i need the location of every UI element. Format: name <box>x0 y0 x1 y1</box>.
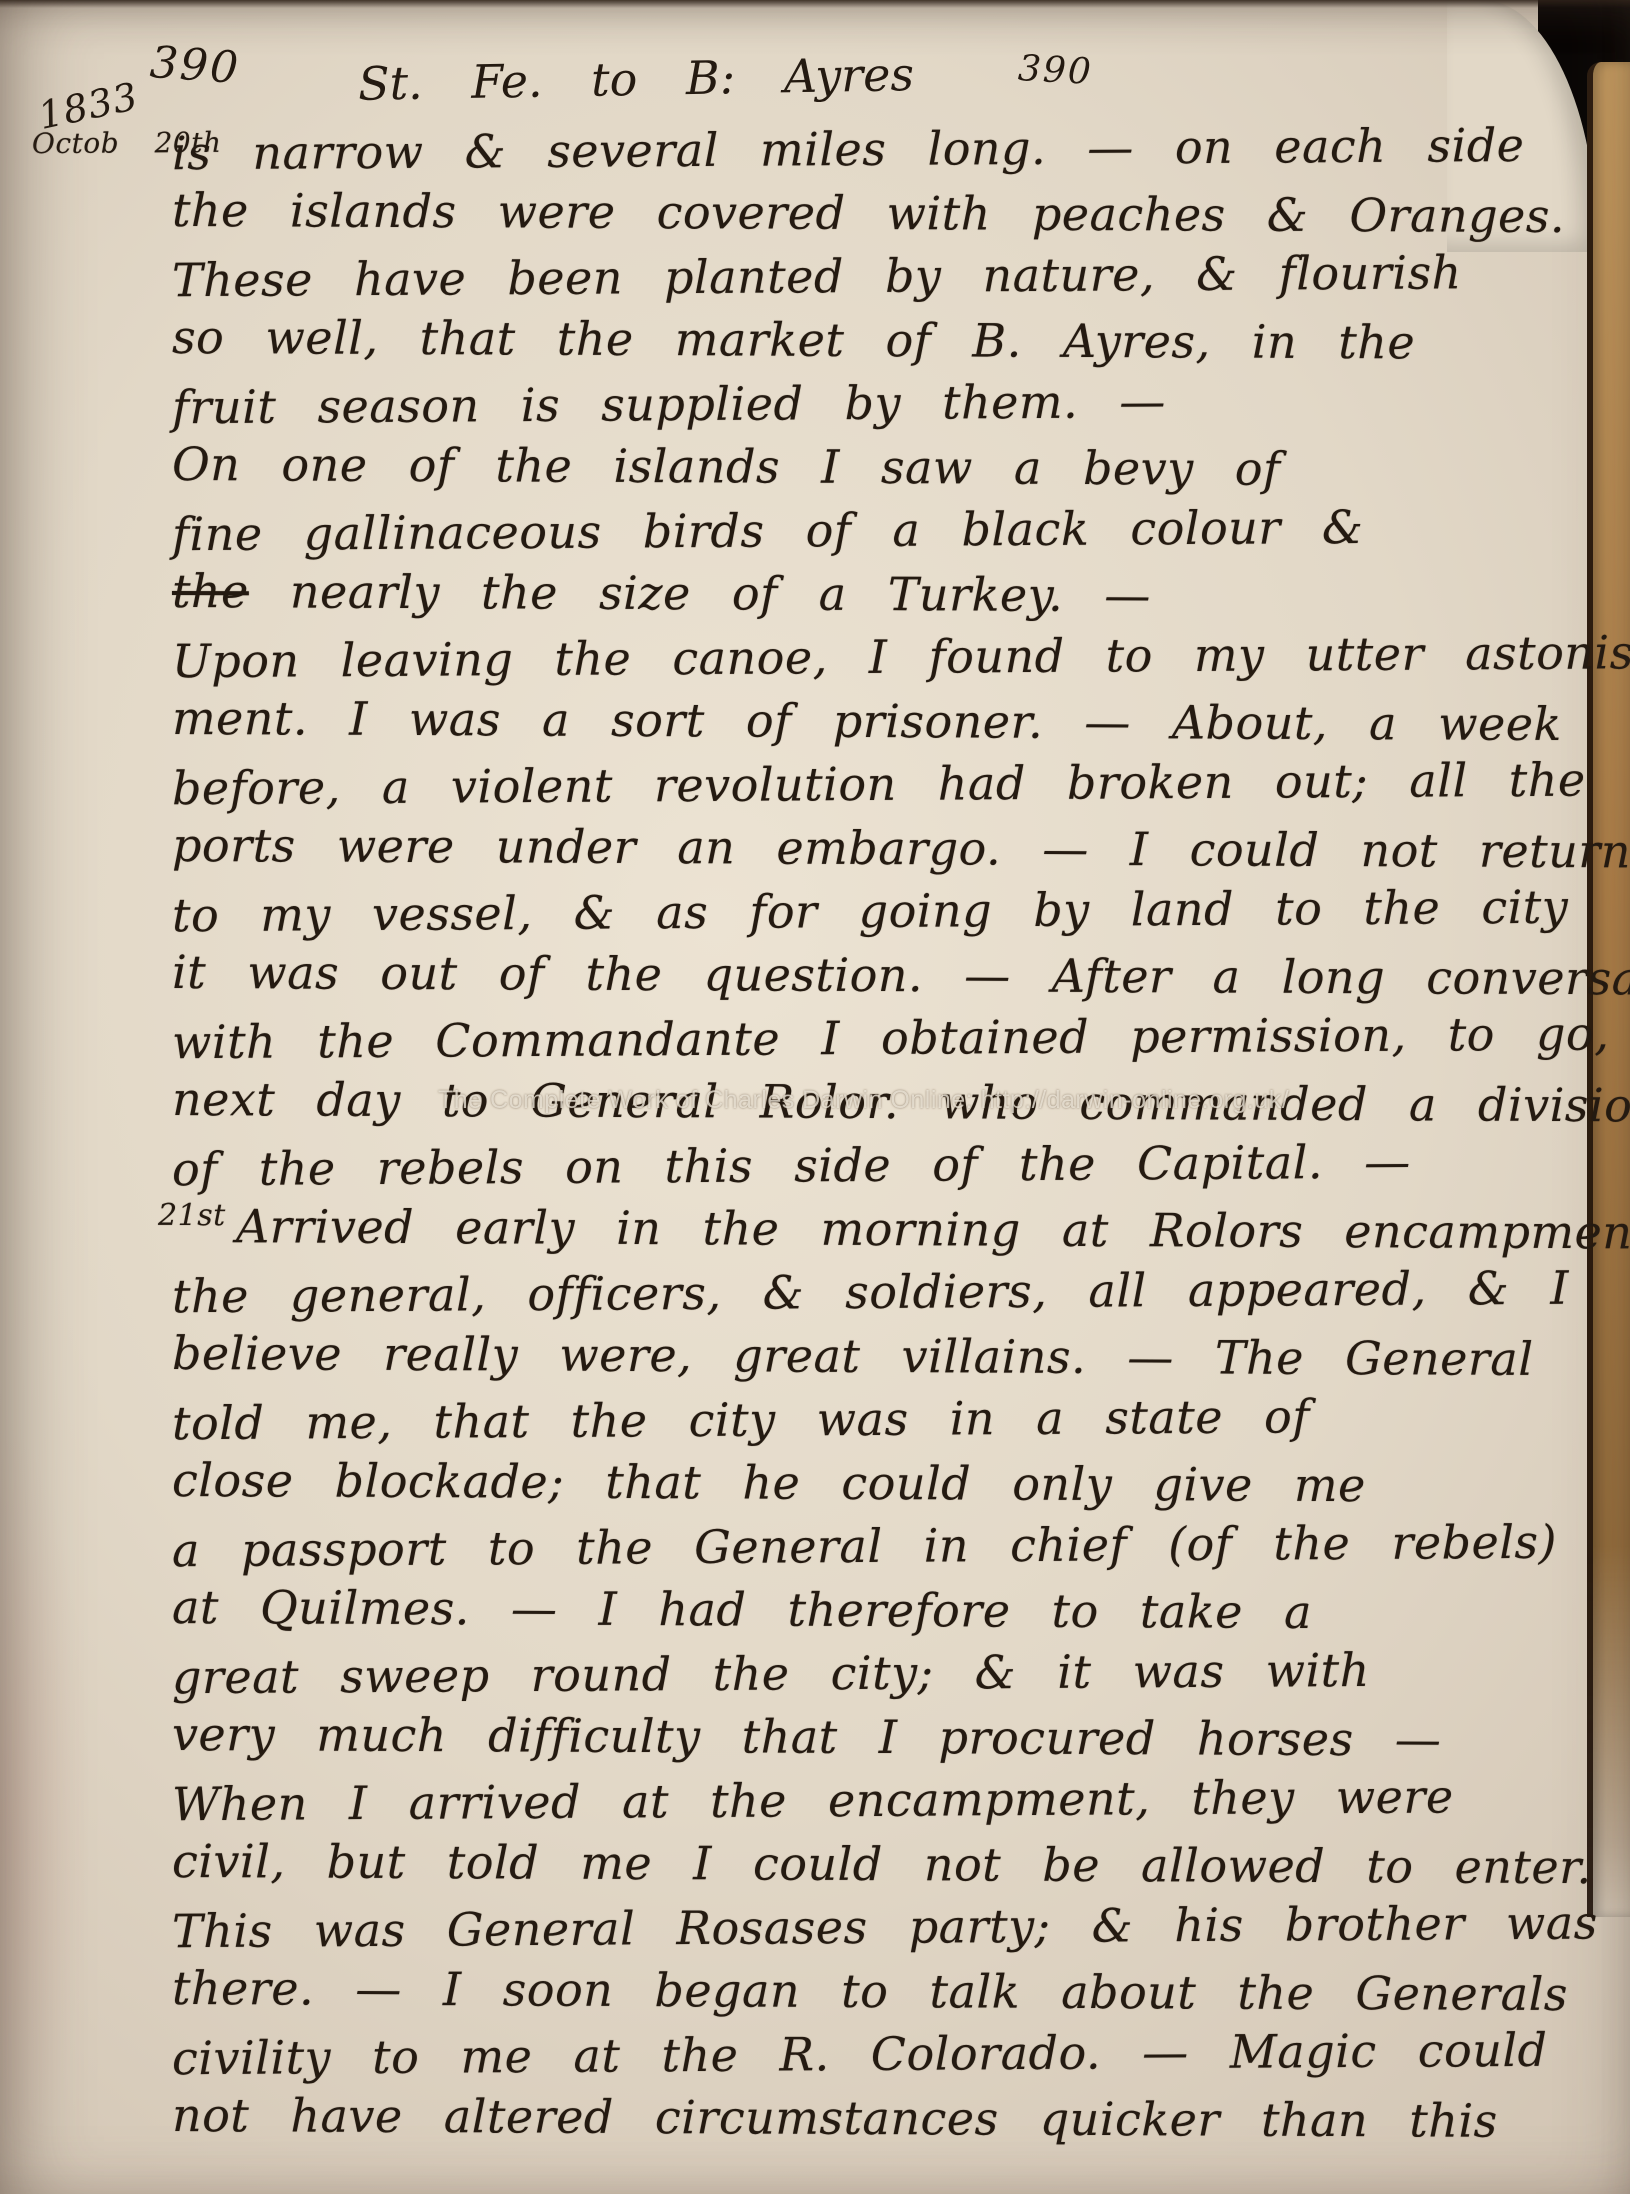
manuscript-line: fine gallinaceous birds of a black colou… <box>172 495 1562 567</box>
line-text: believe really were, great villains. — T… <box>172 1325 1534 1385</box>
page-header-title: St. Fe. to B: Ayres <box>358 47 915 111</box>
manuscript-line: the general, officers, & soldiers, all a… <box>172 1257 1562 1329</box>
manuscript-line: before, a violent revolution had broken … <box>172 749 1562 821</box>
margin-date-note: 21st <box>158 1200 226 1230</box>
line-text: This was General Rosases party; & his br… <box>172 1896 1598 1959</box>
manuscript-line: very much difficulty that I procured hor… <box>172 1702 1562 1772</box>
manuscript-page: 390 St. Fe. to B: Ayres 390 1833 Octob 2… <box>0 0 1630 2194</box>
manuscript-line: to my vessel, & as for going by land to … <box>172 876 1562 948</box>
manuscript-line: ports were under an embargo. — I could n… <box>172 813 1562 883</box>
line-text: Arrived early in the morning at Rolors e… <box>236 1199 1630 1259</box>
line-text: so well, that the market of B. Ayres, in… <box>172 309 1415 368</box>
manuscript-line: civility to me at the R. Colorado. — Mag… <box>172 2019 1562 2091</box>
manuscript-line: with the Commandante I obtained permissi… <box>172 1003 1562 1075</box>
line-text: not have altered circumstances quicker t… <box>172 2087 1498 2147</box>
line-text: These have been planted by nature, & flo… <box>172 245 1462 307</box>
manuscript-line: so well, that the market of B. Ayres, in… <box>172 305 1562 375</box>
manuscript-line: at Quilmes. — I had therefore to take a <box>172 1575 1562 1645</box>
line-text: fine gallinaceous birds of a black colou… <box>172 500 1364 561</box>
line-text: fruit season is supplied by them. — <box>172 374 1166 434</box>
line-text: of the rebels on this side of the Capita… <box>172 1135 1411 1197</box>
manuscript-line: 21stArrived early in the morning at Rolo… <box>172 1194 1562 1264</box>
manuscript-line: of the rebels on this side of the Capita… <box>172 1130 1562 1202</box>
line-text: before, a violent revolution had broken … <box>172 753 1586 816</box>
line-text: ment. I was a sort of prisoner. — About,… <box>172 690 1562 750</box>
manuscript-line: ment. I was a sort of prisoner. — About,… <box>172 686 1562 756</box>
line-text: the islands were covered with peaches & … <box>172 182 1565 242</box>
line-text: with the Commandante I obtained permissi… <box>172 1006 1630 1069</box>
line-text: great sweep round the city; & it was wit… <box>172 1643 1370 1704</box>
line-text: Upon leaving the canoe, I found to my ut… <box>172 625 1630 688</box>
photo-color-cast <box>0 1244 170 2194</box>
manuscript-line: the nearly the size of a Turkey. — <box>172 559 1562 629</box>
manuscript-line: told me, that the city was in a state of <box>172 1384 1562 1456</box>
manuscript-line: This was General Rosases party; & his br… <box>172 1892 1562 1964</box>
manuscript-line: the islands were covered with peaches & … <box>172 178 1562 248</box>
manuscript-line: a passport to the General in chief (of t… <box>172 1511 1562 1583</box>
line-text: very much difficulty that I procured hor… <box>172 1706 1442 1766</box>
photo-top-edge <box>0 0 1630 8</box>
margin-date-note: Octob 20th <box>32 128 222 159</box>
line-text: the general, officers, & soldiers, all a… <box>172 1261 1569 1324</box>
manuscript-body: Octob 20this narrow & several miles long… <box>172 118 1562 2150</box>
line-text: told me, that the city was in a state of <box>172 1389 1310 1450</box>
line-text: close blockade; that he could only give … <box>172 1452 1366 1511</box>
manuscript-line: On one of the islands I saw a bevy of <box>172 432 1562 502</box>
manuscript-line: it was out of the question. — After a lo… <box>172 940 1562 1010</box>
struck-word: the <box>172 563 249 617</box>
line-text: On one of the islands I saw a bevy of <box>172 436 1281 495</box>
manuscript-line: When I arrived at the encampment, they w… <box>172 1765 1562 1837</box>
manuscript-line: not have altered circumstances quicker t… <box>172 2083 1562 2153</box>
line-text: at Quilmes. — I had therefore to take a <box>172 1579 1312 1638</box>
manuscript-line: close blockade; that he could only give … <box>172 1448 1562 1518</box>
line-text: ports were under an embargo. — I could n… <box>172 817 1630 877</box>
page-number-left: 390 <box>148 37 241 94</box>
manuscript-line: Octob 20this narrow & several miles long… <box>172 114 1562 186</box>
manuscript-line: believe really were, great villains. — T… <box>172 1321 1562 1391</box>
manuscript-line: These have been planted by nature, & flo… <box>172 241 1562 313</box>
page-number-right: 390 <box>1017 48 1094 93</box>
line-text: it was out of the question. — After a lo… <box>172 944 1630 1005</box>
manuscript-line: great sweep round the city; & it was wit… <box>172 1638 1562 1710</box>
watermark: The Complete Work of Charles Darwin Onli… <box>438 1086 1289 1115</box>
line-text: is narrow & several miles long. — on eac… <box>172 118 1525 180</box>
manuscript-line: civil, but told me I could not be allowe… <box>172 1829 1562 1899</box>
line-text: civility to me at the R. Colorado. — Mag… <box>172 2023 1548 2085</box>
line-text: nearly the size of a Turkey. — <box>290 564 1151 622</box>
line-text: there. — I soon began to talk about the … <box>172 1960 1568 2020</box>
line-text: to my vessel, & as for going by land to … <box>172 880 1569 943</box>
manuscript-line: fruit season is supplied by them. — <box>172 368 1562 440</box>
line-text: civil, but told me I could not be allowe… <box>172 1833 1592 1893</box>
manuscript-line: there. — I soon began to talk about the … <box>172 1956 1562 2026</box>
line-text: a passport to the General in chief (of t… <box>172 1515 1557 1577</box>
manuscript-line: Upon leaving the canoe, I found to my ut… <box>172 622 1562 694</box>
line-text: When I arrived at the encampment, they w… <box>172 1769 1454 1831</box>
